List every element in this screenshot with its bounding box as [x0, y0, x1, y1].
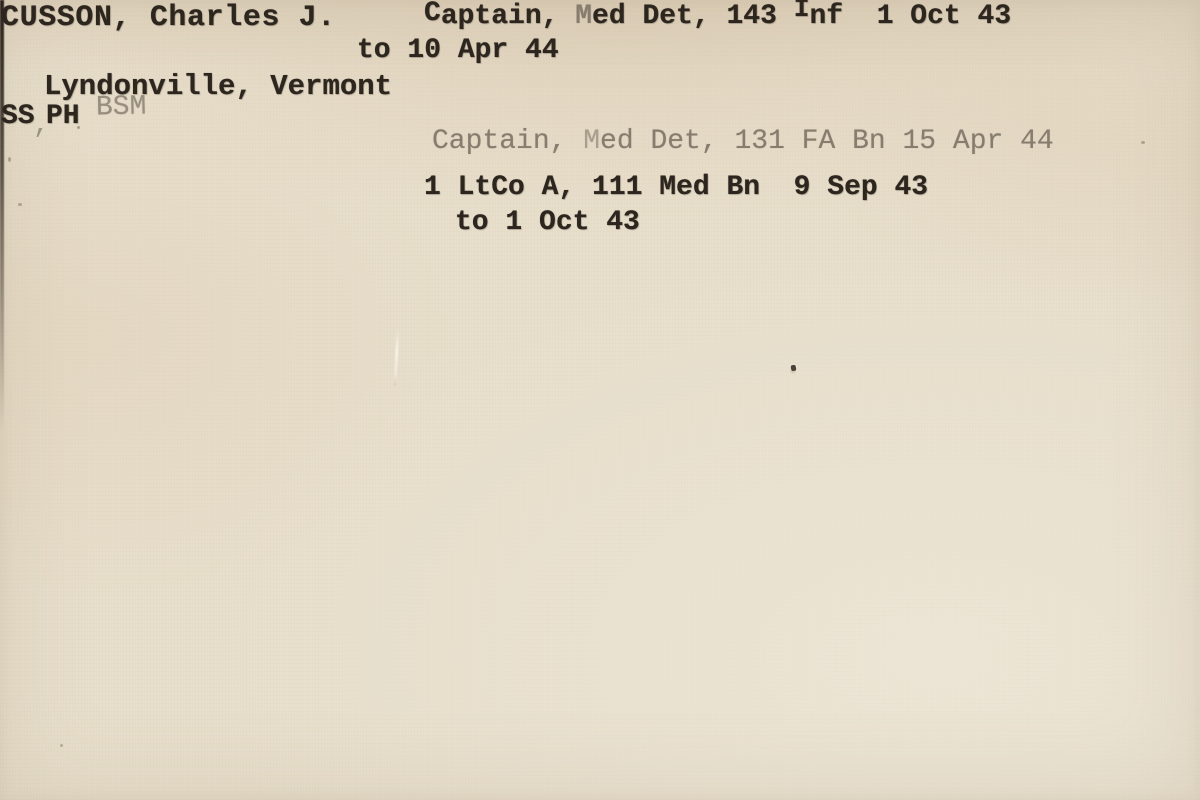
assignment-line-3: 1 LtCo A, 111 Med Bn 9 Sep 43: [424, 174, 928, 202]
assignment-line-2: Captain, Med Det, 131 FA Bn 15 Apr 44: [432, 128, 1054, 156]
assignment1-text-fragment: aptain,: [441, 1, 575, 32]
assignment2-text-fragment: ed Det, 131 FA Bn 15 Apr 44: [600, 126, 1054, 157]
assignment-line-1: Captain, Med Det, 143 Inf 1 Oct 43: [424, 3, 1011, 31]
ink-speck: [60, 744, 63, 747]
card-left-edge-shadow: [0, 0, 4, 430]
award-purple-heart: PH: [46, 103, 80, 131]
paper-crease: [393, 328, 399, 386]
ink-speck: [790, 365, 796, 372]
assignment1-text-fragment: ed Det, 143: [592, 1, 794, 32]
ink-speck: [18, 203, 22, 206]
award-bronze-star-stamp: BSM: [96, 93, 147, 122]
service-member-name: CUSSON, Charles J.: [1, 3, 336, 33]
assignment1-to-date: to 10 Apr 44: [357, 37, 559, 65]
ink-speck: [1141, 141, 1145, 144]
assignment2-text-fragment: Captain,: [432, 126, 583, 157]
assignment1-text-fragment: nf 1 Oct 43: [809, 1, 1011, 32]
index-card: CUSSON, Charles J. Captain, Med Det, 143…: [0, 0, 1200, 800]
paper-vignette: [0, 0, 1200, 800]
award-silver-star: SS: [1, 103, 35, 131]
assignment2-faded-letter: M: [583, 126, 600, 157]
ink-speck: [77, 126, 80, 129]
assignment1-raised-initial: C: [424, 0, 441, 28]
assignment1-faded-letter: M: [575, 1, 592, 32]
assignment1-superscript-letter: I: [794, 0, 810, 22]
ink-speck: [8, 157, 11, 162]
assignment3-to-date: to 1 Oct 43: [455, 209, 640, 237]
